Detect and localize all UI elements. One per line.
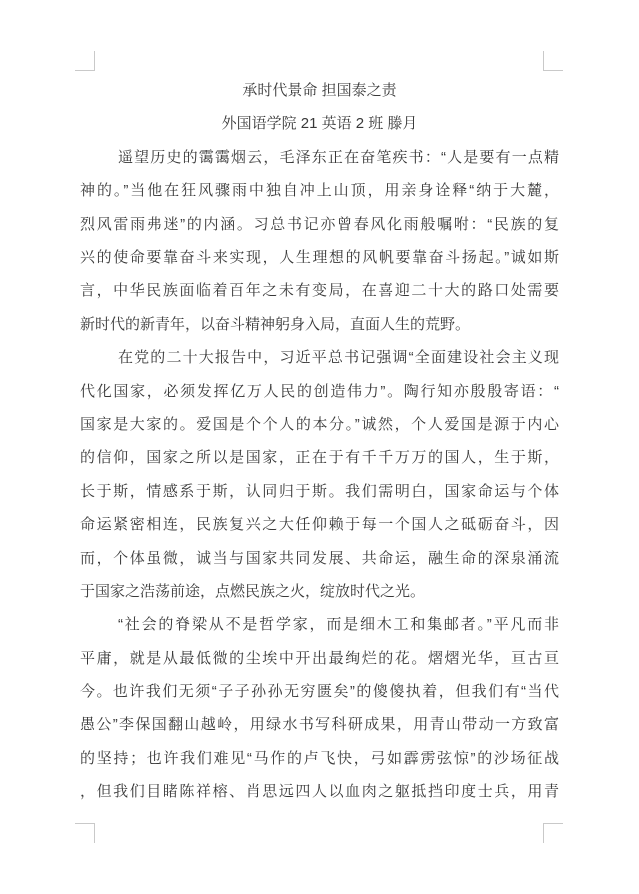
essay-line: 神的。”当他在狂风骤雨中独自冲上山顶，用亲身诠释“纳于大麓， <box>80 174 559 207</box>
essay-line: “社会的脊梁从不是哲学家，而是细木工和集邮者。”平凡而非 <box>80 608 559 641</box>
essay-byline: 外国语学院 21 英语 2 班 滕月 <box>80 107 559 140</box>
crop-mark-bottom-right <box>543 823 563 843</box>
essay-line: 而，个体虽微，诚当与国家共同发展、共命运，融生命的深泉涌流 <box>80 542 559 575</box>
essay-line: 长于斯，情感系于斯，认同归于斯。我们需明白，国家命运与个体 <box>80 475 559 508</box>
essay-line: 的信仰，国家之所以是国家，正在于有千千万万的国人，生于斯， <box>80 441 559 474</box>
essay-line: 兴的使命要靠奋斗来实现，人生理想的风帆要靠奋斗扬起。”诚如斯 <box>80 241 559 274</box>
essay-line: 愚公”李保国翻山越岭，用绿水书写科研成果，用青山带动一方致富 <box>80 708 559 741</box>
essay-line: 国家是大家的。爱国是个个人的本分。”诚然，个人爱国是源于内心 <box>80 408 559 441</box>
document-page: 承时代景命 担国泰之责 外国语学院 21 英语 2 班 滕月 遥望历史的霭霭烟云… <box>0 0 639 894</box>
essay-line: 代化国家，必须发挥亿万人民的创造伟力”。陶行知亦殷殷寄语：“ <box>80 375 559 408</box>
crop-mark-top-right <box>543 51 563 71</box>
document-content: 承时代景命 担国泰之责 外国语学院 21 英语 2 班 滕月 遥望历史的霭霭烟云… <box>80 74 559 809</box>
essay-line: 于国家之浩荡前途，点燃民族之火，绽放时代之光。 <box>80 575 559 608</box>
essay-line: 的坚持；也许我们难见“马作的卢飞快，弓如霹雳弦惊”的沙场征战 <box>80 742 559 775</box>
essay-line: 新时代的新青年，以奋斗精神躬身入局，直面人生的荒野。 <box>80 308 559 341</box>
essay-line: 今。也许我们无须“子子孙孙无穷匮矣”的傻傻执着，但我们有“当代 <box>80 675 559 708</box>
essay-line: 言，中华民族面临着百年之未有变局，在喜迎二十大的路口处需要 <box>80 274 559 307</box>
essay-line: 遥望历史的霭霭烟云，毛泽东正在奋笔疾书：“人是要有一点精 <box>80 141 559 174</box>
essay-line: ，但我们目睹陈祥榕、肖思远四人以血肉之躯抵挡印度士兵，用青 <box>80 775 559 808</box>
essay-line: 在党的二十大报告中，习近平总书记强调“全面建设社会主义现 <box>80 341 559 374</box>
essay-body: 遥望历史的霭霭烟云，毛泽东正在奋笔疾书：“人是要有一点精神的。”当他在狂风骤雨中… <box>80 141 559 809</box>
essay-line: 命运紧密相连，民族复兴之大任仰赖于每一个国人之砥砺奋斗，因 <box>80 508 559 541</box>
crop-mark-top-left <box>75 51 95 71</box>
essay-line: 平庸，就是从最低微的尘埃中开出最绚烂的花。熠熠光华，亘古亘 <box>80 642 559 675</box>
crop-mark-bottom-left <box>75 823 95 843</box>
essay-title: 承时代景命 担国泰之责 <box>80 74 559 107</box>
essay-line: 烈风雷雨弗迷”的内涵。习总书记亦曾春风化雨般嘱咐：“民族的复 <box>80 208 559 241</box>
